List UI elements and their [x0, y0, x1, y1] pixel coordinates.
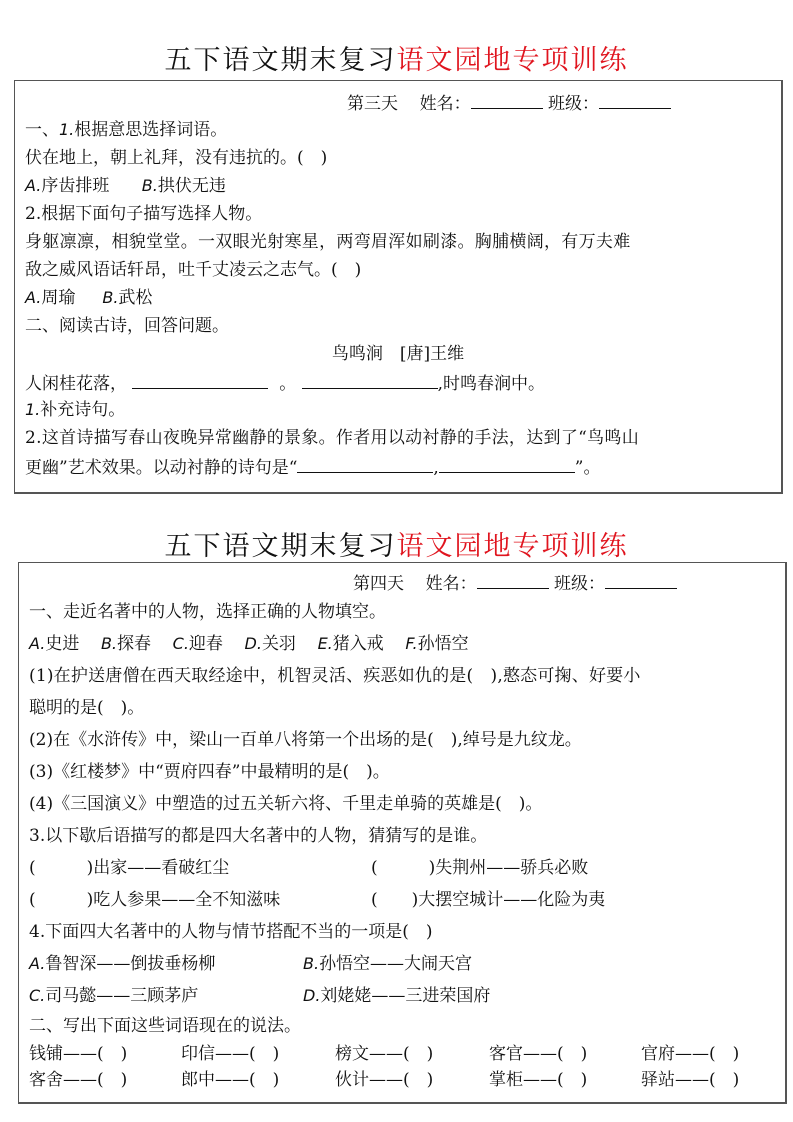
choice-name: 史进	[45, 634, 79, 654]
poem-line: 人闲桂花落， 。 ,时鸣春涧中。	[25, 371, 545, 395]
word-item: 掌柜——( )	[489, 1069, 587, 1091]
word-item: 钱铺——( )	[29, 1043, 127, 1065]
title-red: 语文园地专项训练	[397, 531, 629, 562]
name-field[interactable]	[477, 571, 549, 589]
sheet1-title: 五下语文期末复习语文园地专项训练	[0, 44, 793, 78]
q2-options: A.周瑜 B.武松	[25, 287, 152, 309]
option-letter: A.	[25, 288, 41, 307]
xiehouyu-1: ( )出家——看破红尘	[29, 857, 229, 879]
sec1-heading: 一、走近名著中的人物，选择正确的人物填空。	[29, 601, 386, 623]
choice-letter: E.	[318, 634, 333, 653]
poem-text: ,时鸣春涧中。	[438, 374, 545, 394]
title-red: 语文园地专项训练	[397, 45, 629, 76]
class-field[interactable]	[605, 571, 677, 589]
xiehouyu-3: ( )吃人参果——全不知滋味	[29, 889, 280, 911]
q1-options: A.序齿排班 B.拱伏无违	[25, 175, 226, 197]
option-letter: D.	[303, 986, 320, 1005]
q2-heading: 2.根据下面句子描写选择人物。	[25, 203, 262, 225]
choice-letter: F.	[405, 634, 417, 653]
q2-text-1: 身躯凛凛，相貌堂堂。一双眼光射寒星，两弯眉浑如刷漆。胸脯横阔，有万夫难	[25, 231, 631, 253]
title-black: 五下语文期末复习	[165, 45, 397, 76]
word-item: 印信——( )	[181, 1043, 279, 1065]
poem-text: 。	[279, 374, 296, 394]
option-text: 序齿排班	[41, 176, 109, 196]
q4-line: (4)《三国演义》中塑造的过五关斩六将、千里走单骑的英雄是( )。	[29, 793, 542, 815]
word-item: 郎中——( )	[181, 1069, 279, 1091]
class-label: 班级：	[554, 574, 605, 594]
q1-line-1: (1)在护送唐僧在西天取经途中，机智灵活、疾恶如仇的是( ),憨态可掬、好要小	[29, 665, 641, 687]
sheet2-header: 第四天 姓名： 班级：	[353, 571, 677, 595]
class-field[interactable]	[599, 91, 671, 109]
q1-line-2: 聪明的是( )。	[29, 697, 144, 719]
option-text: 孙悟空——大闹天宫	[319, 954, 472, 974]
word-item: 伙计——( )	[335, 1069, 433, 1091]
answer-blank-1[interactable]	[297, 455, 433, 473]
word-item: 榜文——( )	[335, 1043, 433, 1065]
q6-option-a: A.鲁智深——倒拔垂杨柳	[29, 953, 215, 975]
section-number: 一、	[25, 120, 59, 140]
q2-text-2: 敌之威风语话轩昂，吐千丈凌云之志气。( )	[25, 259, 361, 281]
sheet2-title: 五下语文期末复习语文园地专项训练	[0, 530, 793, 564]
word-item: 客官——( )	[489, 1043, 587, 1065]
option-text: 拱伏无违	[158, 176, 226, 196]
word-item: 驿站——( )	[641, 1069, 739, 1091]
title-black: 五下语文期末复习	[165, 531, 397, 562]
choice-name: 探春	[117, 634, 151, 654]
poem-q1: 1.补充诗句。	[25, 399, 125, 421]
word-item: 官府——( )	[641, 1043, 739, 1065]
q5-heading: 3.以下歇后语描写的都是四大名著中的人物，猜猜写的是谁。	[29, 825, 487, 847]
choices-row: A.史进 B.探春 C.迎春 D.关羽 E.猪入戒 F.孙悟空	[29, 633, 469, 655]
class-label: 班级：	[548, 94, 599, 114]
q1-prompt: 伏在地上，朝上礼拜，没有违抗的。( )	[25, 147, 327, 169]
name-field[interactable]	[471, 91, 543, 109]
q6-option-c: C.司马懿——三顾茅庐	[29, 985, 198, 1007]
question-text: 根据意思选择词语。	[74, 120, 227, 140]
question-text: 补充诗句。	[40, 400, 125, 420]
q2-line: (2)在《水浒传》中，梁山一百单八将第一个出场的是( ),绰号是九纹龙。	[29, 729, 582, 751]
poem-q2-2: 更幽”艺术效果。以动衬静的诗句是“,”。	[25, 455, 601, 479]
option-text: 司马懿——三顾茅庐	[45, 986, 198, 1006]
option-letter: A.	[25, 176, 41, 195]
question-number: 1.	[25, 400, 40, 419]
option-letter: A.	[29, 954, 45, 973]
poem-q2-1: 2.这首诗描写春山夜晚异常幽静的景象。作者用以动衬静的手法，达到了“鸟鸣山	[25, 427, 639, 449]
sec2-heading: 二、写出下面这些词语现在的说法。	[29, 1015, 301, 1037]
choice-letter: D.	[245, 634, 262, 653]
q6-option-d: D.刘姥姥——三进荣国府	[303, 985, 490, 1007]
option-text: 周瑜	[41, 288, 75, 308]
choice-name: 关羽	[262, 634, 296, 654]
sheet2-box: 第四天 姓名： 班级： 一、走近名著中的人物，选择正确的人物填空。 A.史进 B…	[18, 562, 787, 1104]
option-text: 刘姥姥——三进荣国府	[320, 986, 490, 1006]
day-label: 第三天	[347, 94, 398, 114]
choice-name: 迎春	[189, 634, 223, 654]
xiehouyu-4: ( )大摆空城计——化险为夷	[371, 889, 605, 911]
q6-option-b: B.孙悟空——大闹天宫	[303, 953, 472, 975]
option-letter: B.	[303, 954, 319, 973]
poem-blank-1[interactable]	[132, 371, 268, 389]
day-label: 第四天	[353, 574, 404, 594]
question-text: 更幽”艺术效果。以动衬静的诗句是“	[25, 458, 297, 478]
option-text: 武松	[118, 288, 152, 308]
poem-blank-2[interactable]	[302, 371, 438, 389]
choice-letter: B.	[101, 634, 117, 653]
q6-heading: 4.下面四大名著中的人物与情节搭配不当的一项是( )	[29, 921, 432, 943]
word-item: 客舍——( )	[29, 1069, 127, 1091]
choice-name: 孙悟空	[418, 634, 469, 654]
name-label: 姓名：	[426, 574, 477, 594]
option-letter: B.	[142, 176, 158, 195]
choice-letter: A.	[29, 634, 45, 653]
option-text: 鲁智深——倒拔垂杨柳	[45, 954, 215, 974]
sheet1-box: 第三天 姓名： 班级： 一、1.根据意思选择词语。 伏在地上，朝上礼拜，没有违抗…	[14, 80, 783, 494]
name-label: 姓名：	[420, 94, 471, 114]
answer-blank-2[interactable]	[439, 455, 575, 473]
option-letter: B.	[102, 288, 118, 307]
poem-text: 人闲桂花落，	[25, 374, 127, 394]
sec2-heading: 二、阅读古诗，回答问题。	[25, 315, 229, 337]
sheet1-header: 第三天 姓名： 班级：	[347, 91, 671, 115]
choice-letter: C.	[173, 634, 189, 653]
question-text: ”。	[575, 458, 601, 478]
option-letter: C.	[29, 986, 45, 1005]
question-number: 1.	[59, 120, 74, 139]
choice-name: 猪入戒	[333, 634, 384, 654]
poem-title: 鸟鸣涧 [唐]王维	[15, 343, 781, 365]
q3-line: (3)《红楼梦》中“贾府四春”中最精明的是( )。	[29, 761, 390, 783]
q1-heading: 一、1.根据意思选择词语。	[25, 119, 227, 141]
xiehouyu-2: ( )失荆州——骄兵必败	[371, 857, 588, 879]
